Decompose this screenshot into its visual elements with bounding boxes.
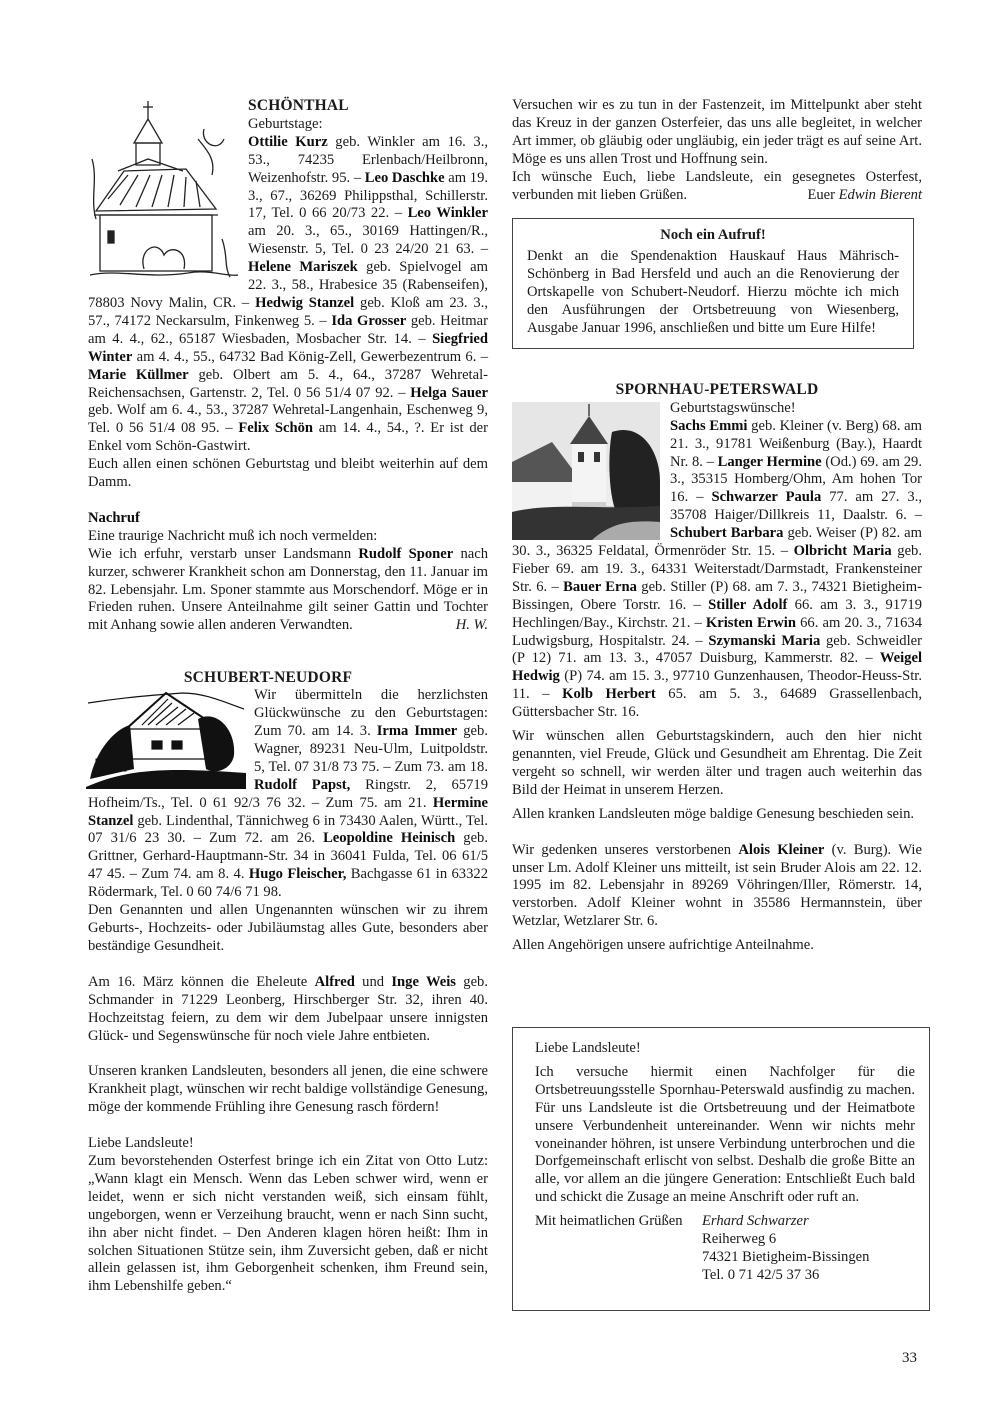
section-heading: SCHUBERT-NEUDORF <box>88 669 488 687</box>
chapel-drawing-image <box>88 99 240 283</box>
person-name: Leo Daschke <box>365 170 445 186</box>
easter-quote-text: Zum bevorstehenden Osterfest bringe ich … <box>88 1153 488 1296</box>
nachruf-line: Eine traurige Nachricht muß ich noch ver… <box>88 528 488 546</box>
phone-line: Tel. 0 71 42/5 37 36 <box>702 1267 869 1285</box>
person-name: Leopoldine Heinisch <box>323 830 455 846</box>
page-number: 33 <box>902 1350 917 1367</box>
person-name: Stiller Adolf <box>708 597 787 613</box>
aufruf-box: Noch ein Aufruf! Denkt an die Spendenakt… <box>512 218 914 348</box>
person-name: Marie Küllmer <box>88 367 189 383</box>
wedding-anniversary-text: Am 16. März können die Eheleute Alfred u… <box>88 974 488 1046</box>
section-heading: SPORNHAU-PETERSWALD <box>512 381 922 399</box>
person-name: Felix Schön <box>238 420 313 436</box>
nachruf-text: Wie ich erfuhr, verstarb unser Landsmann… <box>88 546 488 636</box>
signature: H. W. <box>456 617 488 635</box>
person-name: Hedwig Stanzel <box>255 295 354 311</box>
person-name: Rudolf Papst, <box>254 777 350 793</box>
sender-name: Erhard Schwarzer <box>702 1213 869 1231</box>
easter-wish-text: Ich wünsche Euch, liebe Landsleute, ein … <box>512 169 922 205</box>
section-spornhau-peterswald: SPORNHAU-PETERSWALD Geburtstagswünsche! … <box>512 381 922 955</box>
closing-text: Den Genannten und allen Ungenannten wüns… <box>88 902 488 956</box>
person-name: Helene Mariszek <box>248 259 358 275</box>
section-nachruf: Nachruf Eine traurige Nachricht muß ich … <box>88 510 488 635</box>
condolence-text: Allen Angehörigen unsere aufrichtige Ant… <box>512 937 922 955</box>
box-text: Ich versuche hiermit einen Nachfolger fü… <box>535 1064 915 1207</box>
person-name: Helga Sauer <box>410 385 488 401</box>
memorial-text: Wir gedenken unseres verstorbenen Alois … <box>512 842 922 932</box>
person-name: Alois Kleiner <box>738 842 824 858</box>
closing-text: Euch allen einen schönen Geburtstag und … <box>88 456 488 492</box>
successor-box: Liebe Landsleute! Ich versuche hiermit e… <box>512 1027 930 1311</box>
person-name: Ottilie Kurz <box>248 134 328 150</box>
section-heading: Nachruf <box>88 510 140 526</box>
person-name: Leo Winkler <box>408 205 488 221</box>
section-schoenthal: SCHÖNTHAL Geburtstage: Ottilie Kurz geb.… <box>88 97 488 492</box>
person-name: Kristen Erwin <box>706 615 796 631</box>
easter-continued-text: Versuchen wir es zu tun in der Fastenzei… <box>512 97 922 169</box>
right-column: Versuchen wir es zu tun in der Fastenzei… <box>512 97 922 955</box>
box-heading: Noch ein Aufruf! <box>527 227 899 245</box>
greeting: Liebe Landsleute! <box>535 1040 915 1058</box>
church-photo-image <box>512 402 660 540</box>
person-name: Sachs Emmi <box>670 418 747 434</box>
address-line: Reiherweg 6 <box>702 1231 869 1249</box>
person-name: Bauer Erna <box>563 579 637 595</box>
sender-details: Erhard Schwarzer Reiherweg 6 74321 Bieti… <box>702 1213 869 1285</box>
person-name: Schwarzer Paula <box>711 489 821 505</box>
left-column: SCHÖNTHAL Geburtstage: Ottilie Kurz geb.… <box>88 97 488 1296</box>
get-well-text: Allen kranken Landsleuten möge baldige G… <box>512 806 922 824</box>
person-name: Rudolf Sponer <box>358 546 453 562</box>
greeting: Liebe Landsleute! <box>88 1135 488 1153</box>
person-name: Schubert Barbara <box>670 525 783 541</box>
section-schubert-neudorf: SCHUBERT-NEUDORF Wir übermitteln die her… <box>88 669 488 1296</box>
person-name: Olbricht Maria <box>794 543 892 559</box>
person-name: Szymanski Maria <box>708 633 820 649</box>
wishes-text: Wir wünschen allen Geburtstagskindern, a… <box>512 728 922 800</box>
person-name: Hugo Fleischer, <box>249 866 347 882</box>
signature: Euer Edwin Bierent <box>807 187 922 205</box>
signature-block: Mit heimatlichen Grüßen Erhard Schwarzer… <box>535 1213 915 1285</box>
person-name: Kolb Herbert <box>562 686 656 702</box>
get-well-text: Unseren kranken Landsleuten, besonders a… <box>88 1063 488 1117</box>
person-name: Ida Grosser <box>331 313 406 329</box>
address-line: 74321 Bietigheim-Bissingen <box>702 1249 869 1267</box>
person-name: Alfred <box>315 974 355 990</box>
farmhouse-drawing-image <box>86 689 246 789</box>
person-name: Irma Immer <box>377 723 458 739</box>
box-text: Denkt an die Spendenaktion Hauskauf Haus… <box>527 248 899 338</box>
person-name: Langer Hermine <box>718 454 822 470</box>
closing-label: Mit heimatlichen Grüßen <box>535 1213 702 1285</box>
person-name: Inge Weis <box>391 974 456 990</box>
